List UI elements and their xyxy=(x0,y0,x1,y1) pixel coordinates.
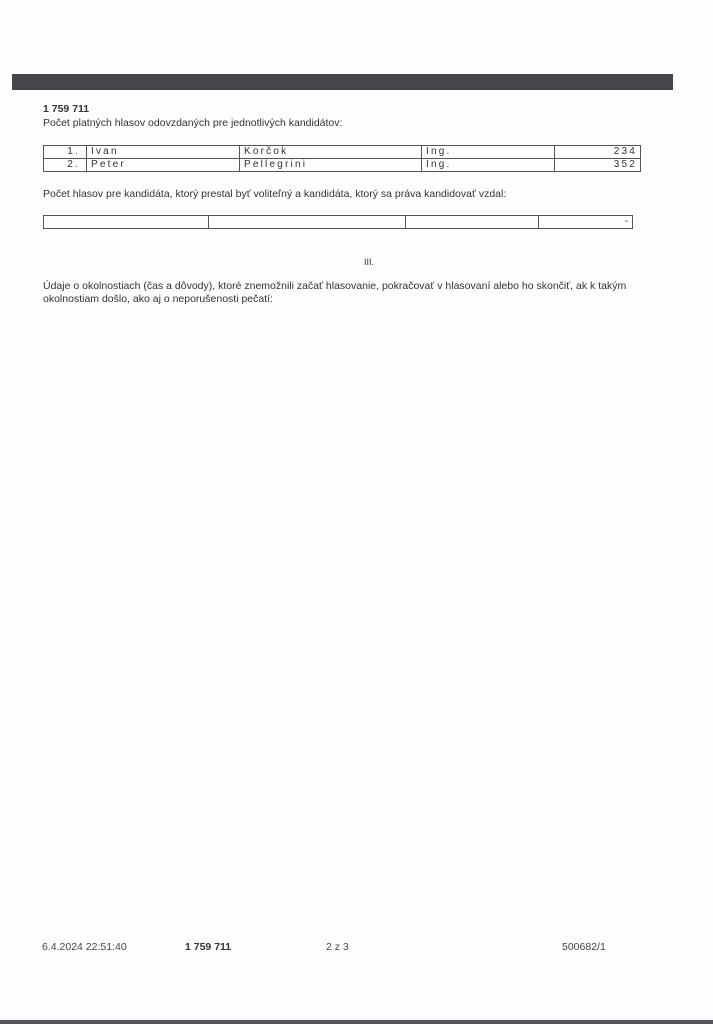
candidate-first-name: Peter xyxy=(87,159,240,172)
table-row: 1. Ivan Korčok Ing. 234 xyxy=(44,146,641,159)
withdrawn-cell-2 xyxy=(209,216,406,229)
header-bar xyxy=(12,74,673,90)
candidate-last-name: Pellegrini xyxy=(240,159,422,172)
section-numeral: III. xyxy=(0,257,713,267)
valid-votes-heading: Počet platných hlasov odovzdaných pre je… xyxy=(43,117,342,130)
candidate-votes: 352 xyxy=(555,159,641,172)
withdrawn-cell-1 xyxy=(44,216,209,229)
candidate-number: 1. xyxy=(44,146,87,159)
withdrawn-cell-3 xyxy=(406,216,539,229)
withdrawn-votes-heading: Počet hlasov pre kandidáta, ktorý presta… xyxy=(43,188,506,201)
footer-code: 500682/1 xyxy=(562,941,606,953)
table-row: 2. Peter Pellegrini Ing. 352 xyxy=(44,159,641,172)
candidate-number: 2. xyxy=(44,159,87,172)
withdrawn-cell-4: - xyxy=(539,216,633,229)
footer-document-number: 1 759 711 xyxy=(185,941,231,953)
candidate-first-name: Ivan xyxy=(87,146,240,159)
candidate-last-name: Korčok xyxy=(240,146,422,159)
footer-datetime: 6.4.2024 22:51:40 xyxy=(42,941,127,953)
withdrawn-table: - xyxy=(43,215,633,229)
footer-page-number: 2 z 3 xyxy=(326,941,349,953)
scan-edge xyxy=(0,1020,713,1024)
candidate-title: Ing. xyxy=(422,159,555,172)
circumstances-text: Údaje o okolnostiach (čas a dôvody), kto… xyxy=(43,280,643,306)
document-page: 1 759 711 Počet platných hlasov odovzdan… xyxy=(0,0,713,1024)
candidates-table: 1. Ivan Korčok Ing. 234 2. Peter Pellegr… xyxy=(43,145,641,172)
table-row: - xyxy=(44,216,633,229)
document-number: 1 759 711 xyxy=(43,103,89,115)
candidate-votes: 234 xyxy=(555,146,641,159)
candidate-title: Ing. xyxy=(422,146,555,159)
